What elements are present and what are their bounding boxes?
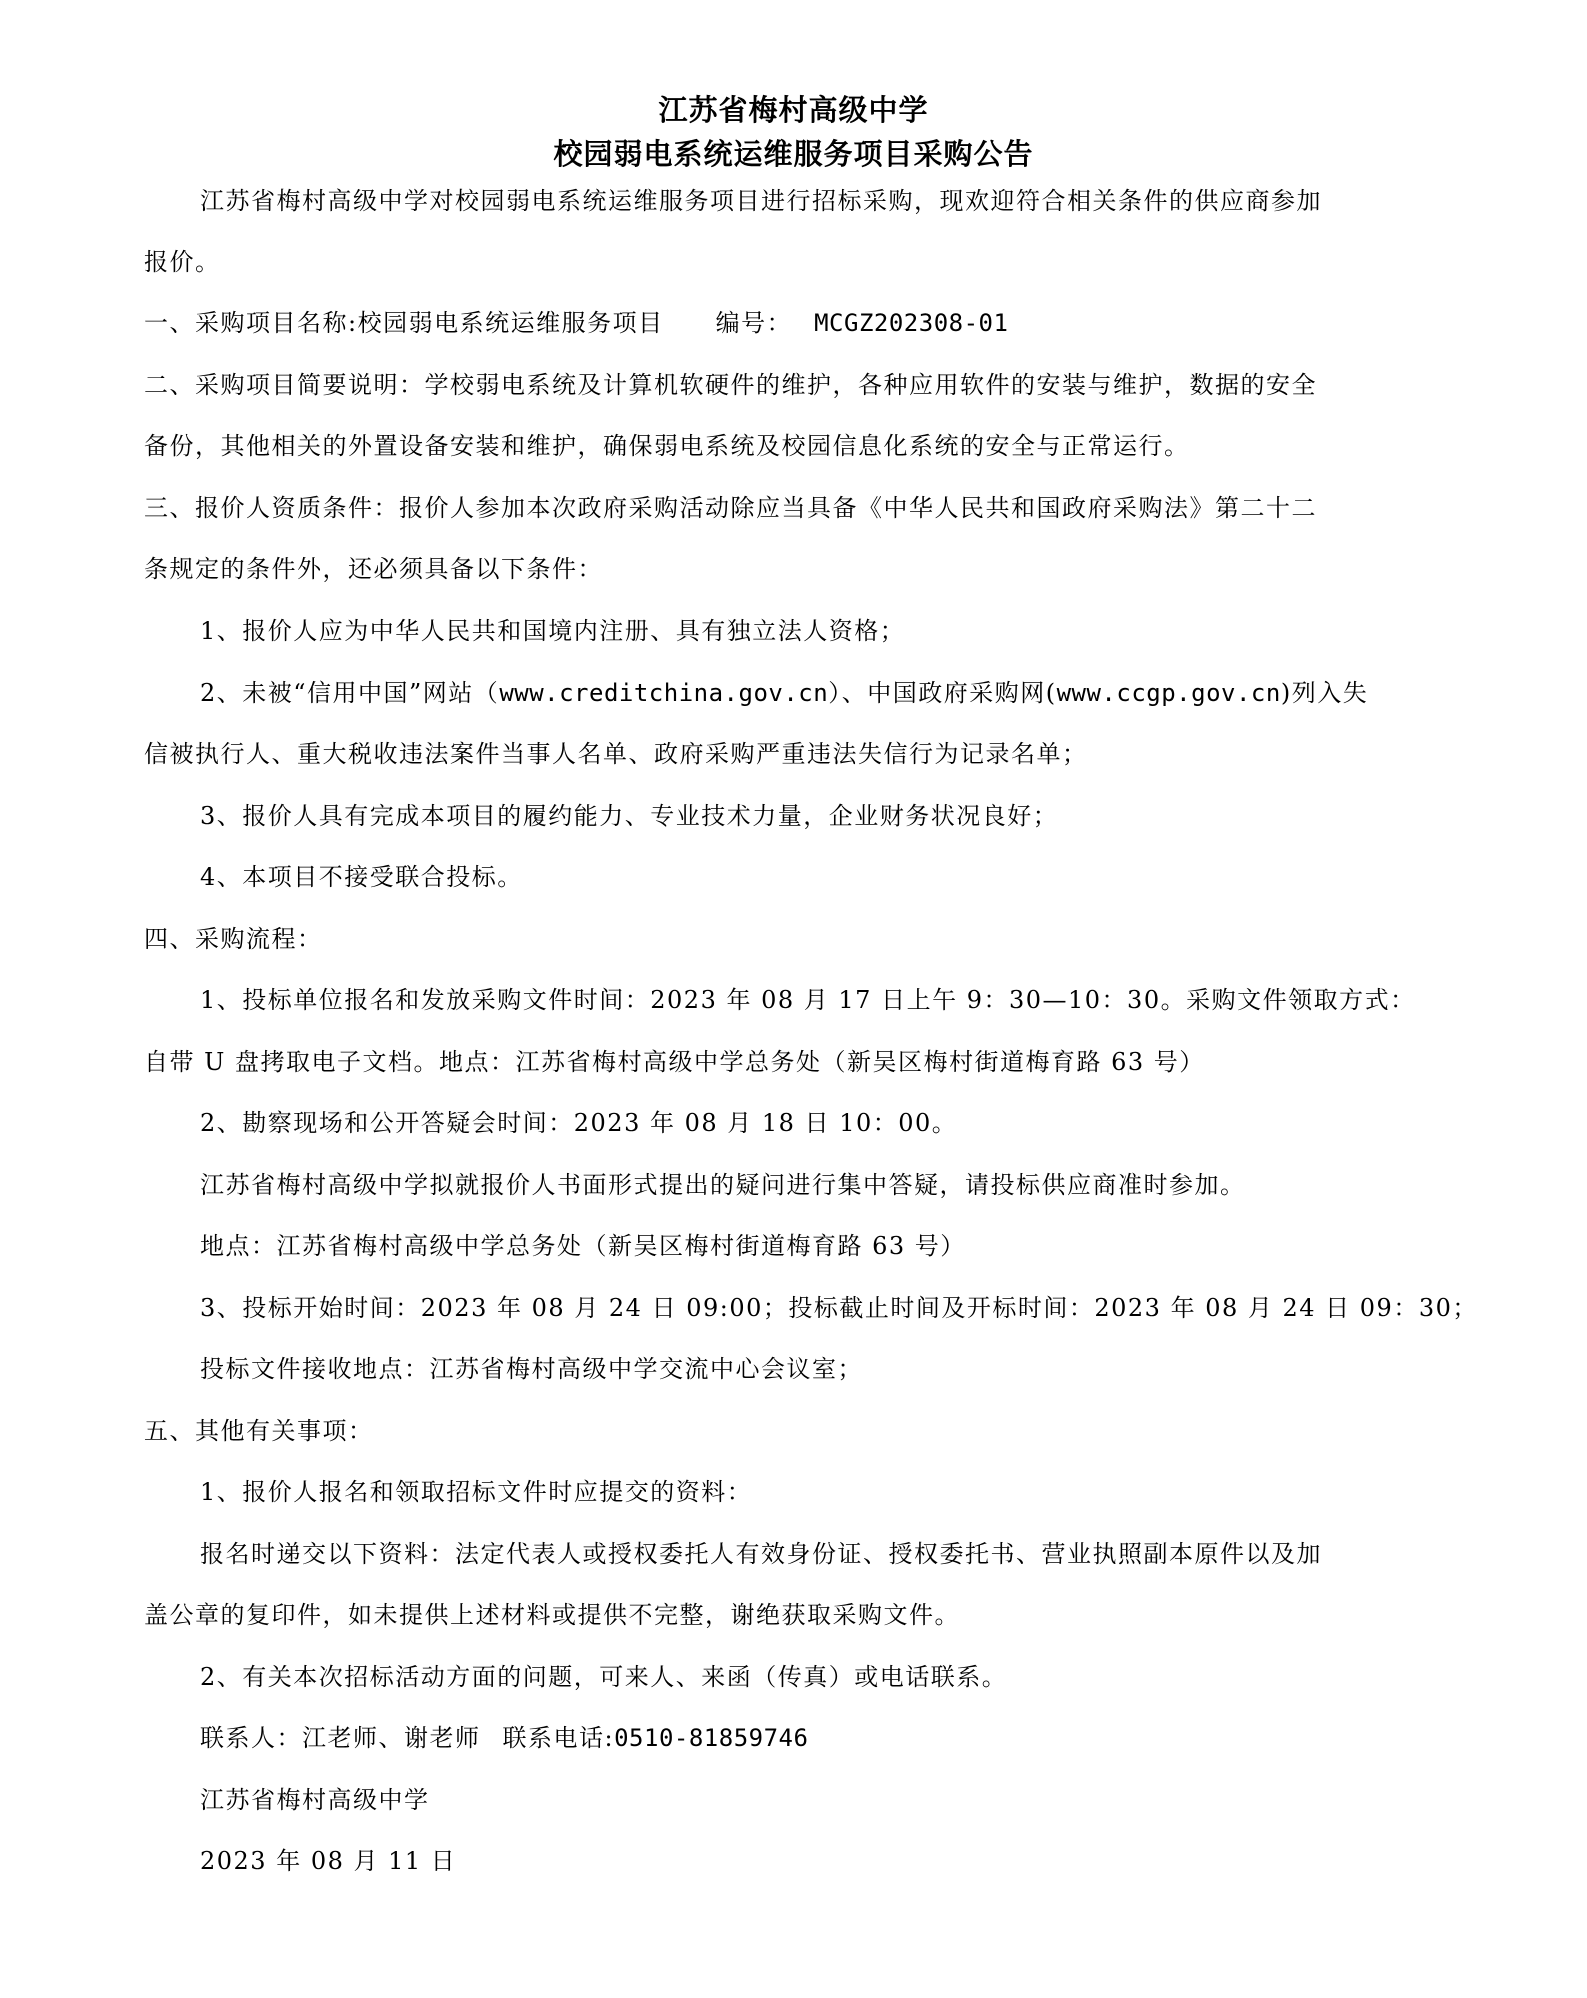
section4-item2-location: 地点：江苏省梅村高级中学总务处（新吴区梅村街道梅育路 63 号）: [200, 1229, 966, 1263]
section4-item3: 3、投标开始时间：2023 年 08 月 24 日 09:00；投标截止时间及开…: [200, 1291, 1478, 1325]
phone-label: 联系电话:: [503, 1724, 615, 1752]
announcement-page: 江苏省梅村高级中学 校园弱电系统运维服务项目采购公告 江苏省梅村高级中学对校园弱…: [0, 0, 1587, 1998]
phone-number: 0510-81859746: [614, 1724, 808, 1752]
section4-item3-location: 投标文件接收地点：江苏省梅村高级中学交流中心会议室；: [200, 1352, 863, 1386]
contact-line: 联系人：江老师、谢老师联系电话:0510-81859746: [200, 1721, 808, 1755]
section3-item2-line2: 信被执行人、重大税收违法案件当事人名单、政府采购严重违法失信行为记录名单；: [144, 737, 1088, 771]
signature-date: 2023 年 08 月 11 日: [200, 1844, 456, 1878]
section3-item1: 1、报价人应为中华人民共和国境内注册、具有独立法人资格；: [200, 614, 905, 648]
section5-item2: 2、有关本次招标活动方面的问题，可来人、来函（传真）或电话联系。: [200, 1660, 1007, 1694]
section3-line1: 三、报价人资质条件：报价人参加本次政府采购活动除应当具备《中华人民共和国政府采购…: [144, 491, 1317, 525]
project-name-label: 一、采购项目名称:校园弱电系统运维服务项目: [144, 309, 664, 337]
section5-heading: 五、其他有关事项：: [144, 1414, 374, 1448]
project-number-label: 编号：: [716, 309, 793, 337]
section4-item2-note: 江苏省梅村高级中学拟就报价人书面形式提出的疑问进行集中答疑，请投标供应商准时参加…: [200, 1168, 1246, 1202]
project-number-value: MCGZ202308-01: [814, 309, 1008, 337]
item2-text-a: 2、未被“信用中国”网站（: [200, 679, 499, 707]
contact-person: 联系人：江老师、谢老师: [200, 1724, 481, 1752]
creditchina-link[interactable]: www.creditchina.gov.cn: [499, 679, 828, 707]
section4-item1-line2: 自带 U 盘拷取电子文档。地点：江苏省梅村高级中学总务处（新吴区梅村街道梅育路 …: [144, 1045, 1205, 1079]
section4-item1-line1: 1、投标单位报名和发放采购文件时间：2023 年 08 月 17 日上午 9：3…: [200, 983, 1416, 1017]
section4-item2: 2、勘察现场和公开答疑会时间：2023 年 08 月 18 日 10：00。: [200, 1106, 957, 1140]
document-title-announcement: 校园弱电系统运维服务项目采购公告: [0, 136, 1587, 172]
section5-item1-detail-line2: 盖公章的复印件，如未提供上述材料或提供不完整，谢绝获取采购文件。: [144, 1598, 960, 1632]
signature-org: 江苏省梅村高级中学: [200, 1783, 430, 1817]
section1-project-name: 一、采购项目名称:校园弱电系统运维服务项目编号：MCGZ202308-01: [144, 306, 1008, 340]
section5-item1-detail-line1: 报名时递交以下资料：法定代表人或授权委托人有效身份证、授权委托书、营业执照副本原…: [200, 1537, 1322, 1571]
item2-text-c: )列入失: [1281, 679, 1368, 707]
section4-heading: 四、采购流程：: [144, 922, 323, 956]
intro-paragraph-line1: 江苏省梅村高级中学对校园弱电系统运维服务项目进行招标采购，现欢迎符合相关条件的供…: [200, 184, 1322, 218]
section5-item1: 1、报价人报名和领取招标文件时应提交的资料：: [200, 1475, 752, 1509]
intro-paragraph-line2: 报价。: [144, 245, 221, 279]
section2-line1: 二、采购项目简要说明：学校弱电系统及计算机软硬件的维护，各种应用软件的安装与维护…: [144, 368, 1317, 402]
section3-line2: 条规定的条件外，还必须具备以下条件：: [144, 552, 603, 586]
section3-item2-line1: 2、未被“信用中国”网站（www.creditchina.gov.cn）、中国政…: [200, 676, 1368, 710]
ccgp-link[interactable]: www.ccgp.gov.cn: [1057, 679, 1281, 707]
section2-line2: 备份，其他相关的外置设备安装和维护，确保弱电系统及校园信息化系统的安全与正常运行…: [144, 429, 1190, 463]
item2-text-b: ）、中国政府采购网(: [828, 679, 1056, 707]
section3-item3: 3、报价人具有完成本项目的履约能力、专业技术力量，企业财务状况良好；: [200, 799, 1058, 833]
document-title-school: 江苏省梅村高级中学: [0, 92, 1587, 128]
section3-item4: 4、本项目不接受联合投标。: [200, 860, 523, 894]
